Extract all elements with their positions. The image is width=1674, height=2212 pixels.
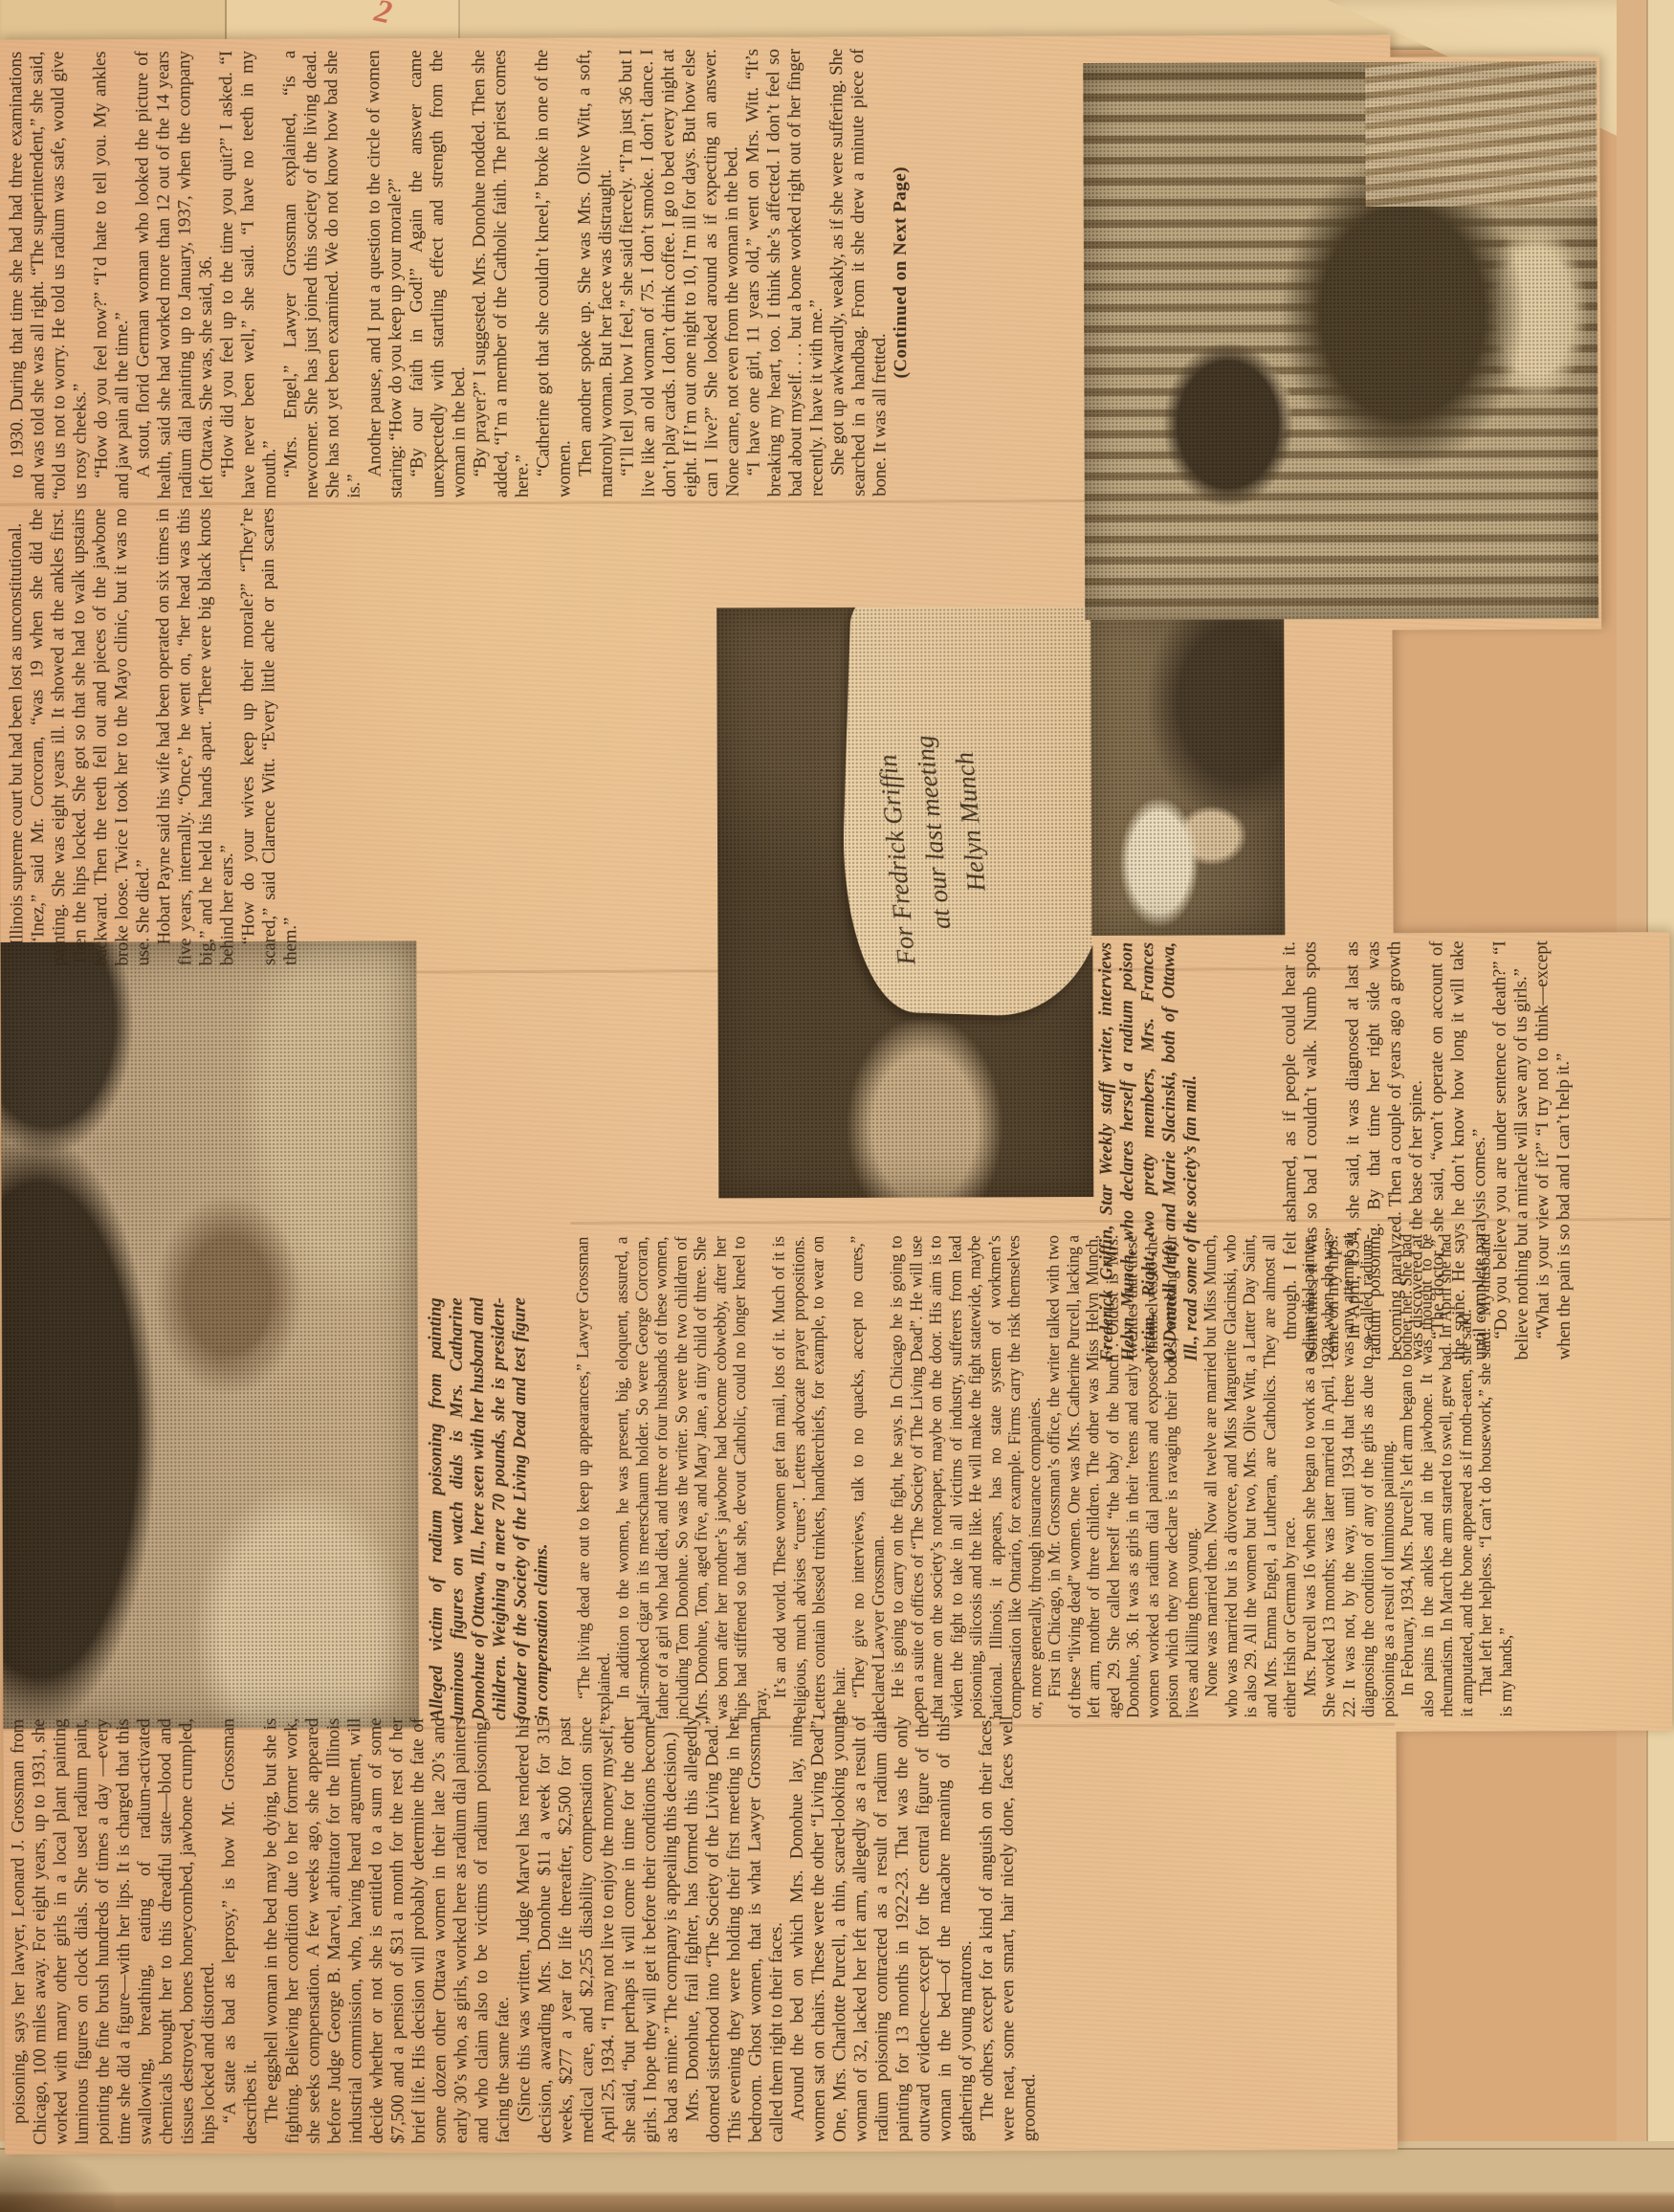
- article-paragraph: “The living dead are out to keep up appe…: [572, 1237, 613, 1720]
- caption-family: Alleged victim of radium poisoning from …: [426, 1297, 573, 1721]
- clipping-sheet: For Fredrick Griffin at our last meeting…: [0, 0, 1674, 2212]
- article-paragraph: “By prayer?” I suggested. Mrs. Donohue n…: [469, 50, 534, 498]
- hat-photo: [1090, 603, 1285, 936]
- scrapbook-page: For Fredrick Griffin at our last meeting…: [0, 0, 1674, 2212]
- article-paragraph: Mrs. Donohue, frail fighter, has formed …: [681, 1716, 788, 2142]
- fanmail-photo: [1083, 61, 1598, 620]
- article-paragraph: (Continued on Next Page): [890, 49, 913, 497]
- halftone-overlay: [1090, 603, 1285, 936]
- newspaper-clipping: For Fredrick Griffin at our last meeting…: [0, 0, 1674, 2212]
- article-paragraph: “Mrs. Engel,” Lawyer Grossman explained,…: [279, 51, 365, 498]
- article-paragraph: “I have one girl, 11 years old,” went on…: [742, 49, 828, 497]
- article-paragraph: “What is your view of it?” “I try not to…: [1531, 940, 1575, 1360]
- article-paragraph: Hobart Payne said his wife had been oper…: [153, 508, 239, 965]
- news-column-3: Illinois supreme court but had been lost…: [6, 507, 639, 966]
- article-paragraph: “Catherine got that she couldn’t kneel,”…: [532, 50, 576, 498]
- article-paragraph: (Since this was written, Judge Marvel ha…: [513, 1717, 683, 2144]
- article-paragraph: The eggshell woman in the bed may be dyi…: [260, 1717, 515, 2144]
- article-paragraph: “How did you feel up to the time you qui…: [216, 51, 281, 498]
- article-paragraph: to 1930. During that time she had had th…: [6, 52, 92, 499]
- article-paragraph: First in Chicago, in Mr. Grossman’s offi…: [1043, 1235, 1201, 1719]
- article-paragraph: “I’ll tell you how I feel,” she said fie…: [616, 49, 744, 497]
- article-paragraph: “The doctor,” she said, “won’t operate o…: [1426, 941, 1491, 1360]
- article-paragraph: The others, except for a kind of anguish…: [976, 1715, 1041, 2141]
- article-paragraph: Then another spoke up. She was Mrs. Oliv…: [574, 50, 618, 498]
- article-paragraph: “By our faith in God!” Again the answer …: [406, 50, 471, 498]
- article-paragraph: “Inez,” said Mr. Corcoran, “was 19 when …: [27, 508, 155, 965]
- article-paragraph: Around the bed on which Mrs. Donohue lay…: [786, 1715, 978, 2142]
- news-column-5: to 1930. During that time she had had th…: [6, 48, 1060, 499]
- article-paragraph: “A state as bad as leprosy,” is how Mr. …: [218, 1718, 262, 2144]
- article-paragraph: In April, 1934, she said, it was diagnos…: [1342, 941, 1428, 1360]
- article-paragraph: “Do you believe you are under sentence o…: [1489, 940, 1533, 1360]
- article-paragraph: Another pause, and I put a question to t…: [363, 51, 407, 498]
- handwritten-inscription: For Fredrick Griffin at our last meeting…: [856, 607, 1002, 967]
- article-paragraph: A stout, florid German woman who looked …: [132, 51, 218, 498]
- article-paragraph: In addition to the women, he was present…: [611, 1236, 770, 1720]
- news-column-1: poisoning, says her lawyer, Leonard J. G…: [8, 1714, 1392, 2145]
- halftone-overlay: [0, 940, 419, 1729]
- family-photo: [0, 940, 419, 1729]
- article-paragraph: “How do you feel now?” “I’d hate to tell…: [90, 52, 134, 499]
- photo-drapery: [1366, 61, 1597, 207]
- article-paragraph: “They give no interviews, talk to no qua…: [847, 1236, 888, 1719]
- article-paragraph: He is going to carry on the fight, he sa…: [886, 1235, 1045, 1719]
- article-paragraph: through. I felt ashamed, as if people co…: [1279, 941, 1344, 1360]
- article-paragraph: Illinois supreme court but had been lost…: [6, 509, 29, 966]
- article-paragraph: “How do your wives keep up their morale?…: [237, 508, 302, 965]
- article-paragraph: She got up awkwardly, weakly, as if she …: [826, 49, 892, 497]
- article-paragraph: poisoning, says her lawyer, Leonard J. G…: [8, 1718, 220, 2145]
- inscription-paper: For Fredrick Griffin at our last meeting…: [838, 607, 1093, 1018]
- article-paragraph: It’s an odd world. These women get fan m…: [768, 1236, 848, 1719]
- signed-photo: For Fredrick Griffin at our last meeting…: [716, 607, 1093, 1198]
- news-column-4-continuation: through. I felt ashamed, as if people co…: [1279, 940, 1674, 1360]
